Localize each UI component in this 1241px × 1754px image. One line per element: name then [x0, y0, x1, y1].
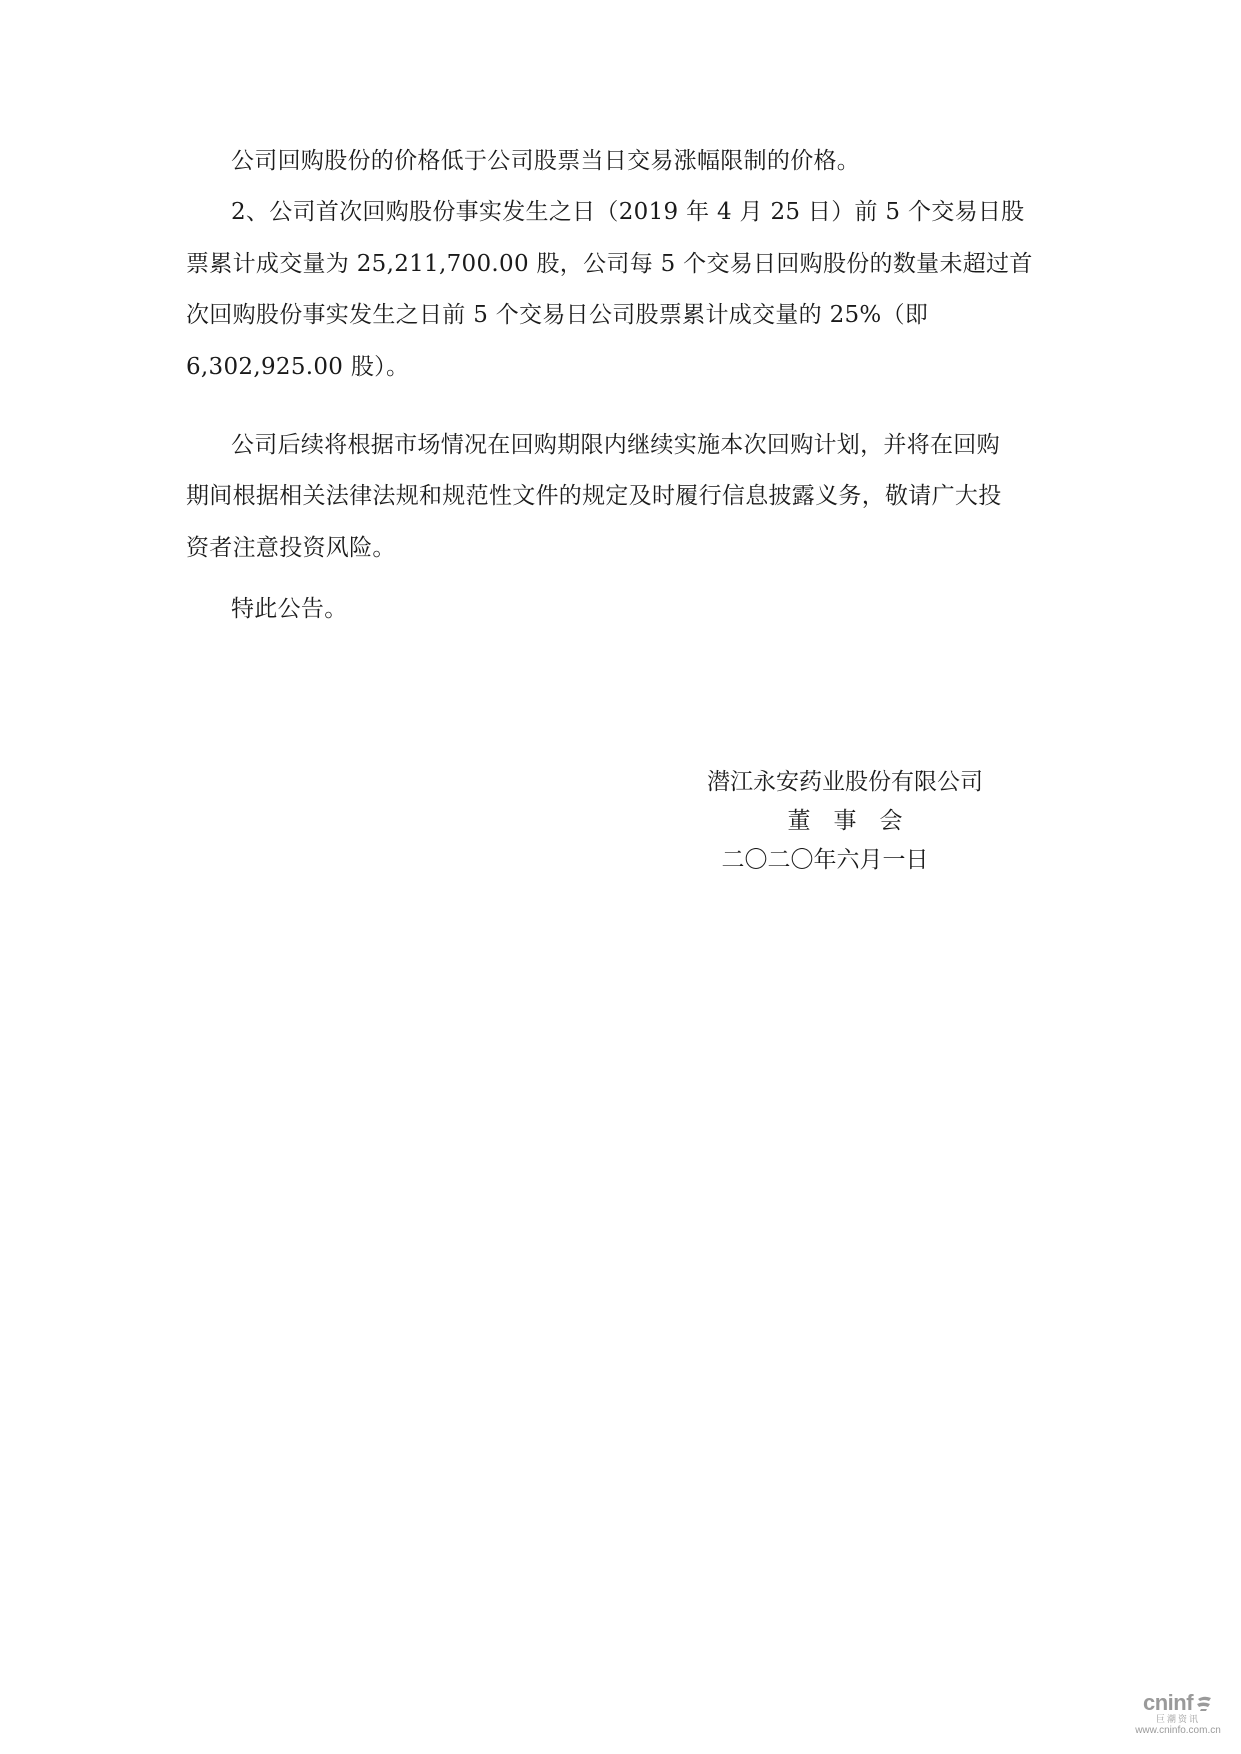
paragraph-line: 2、公司首次回购股份事实发生之日（2019 年 4 月 25 日）前 5 个交易…: [231, 197, 1024, 227]
paragraph-line: 公司回购股份的价格低于公司股票当日交易涨幅限制的价格。: [231, 146, 860, 176]
logo-text: cninf: [1143, 1690, 1193, 1715]
paragraph-line: 资者注意投资风险。: [186, 533, 396, 563]
document-page: 公司回购股份的价格低于公司股票当日交易涨幅限制的价格。 2、公司首次回购股份事实…: [0, 0, 1241, 1754]
cninfo-url: www.cninfo.com.cn: [1118, 1725, 1238, 1737]
paragraph-line: 期间根据相关法律法规和规范性文件的规定及时履行信息披露义务，敬请广大投: [186, 481, 1002, 511]
paragraph-line: 票累计成交量为 25,211,700.00 股，公司每 5 个交易日回购股份的数…: [186, 249, 1033, 279]
closing-line: 特此公告。: [231, 594, 348, 624]
signature-board: 董 事 会: [680, 806, 1010, 836]
paragraph-line: 6,302,925.00 股）。: [186, 352, 409, 382]
cninfo-watermark: cninf 巨潮资讯 www.cninfo.com.cn: [1118, 1692, 1238, 1737]
paragraph-line: 次回购股份事实发生之日前 5 个交易日公司股票累计成交量的 25%（即: [186, 300, 928, 330]
cninfo-chinese-name: 巨潮资讯: [1118, 1714, 1238, 1725]
cninfo-logo: cninf: [1118, 1692, 1238, 1714]
paragraph-line: 公司后续将根据市场情况在回购期限内继续实施本次回购计划，并将在回购: [231, 430, 1000, 460]
signature-date: 二〇二〇年六月一日: [680, 845, 970, 875]
cninfo-swirl-icon: [1195, 1695, 1213, 1711]
signature-company: 潜江永安药业股份有限公司: [680, 767, 1010, 797]
